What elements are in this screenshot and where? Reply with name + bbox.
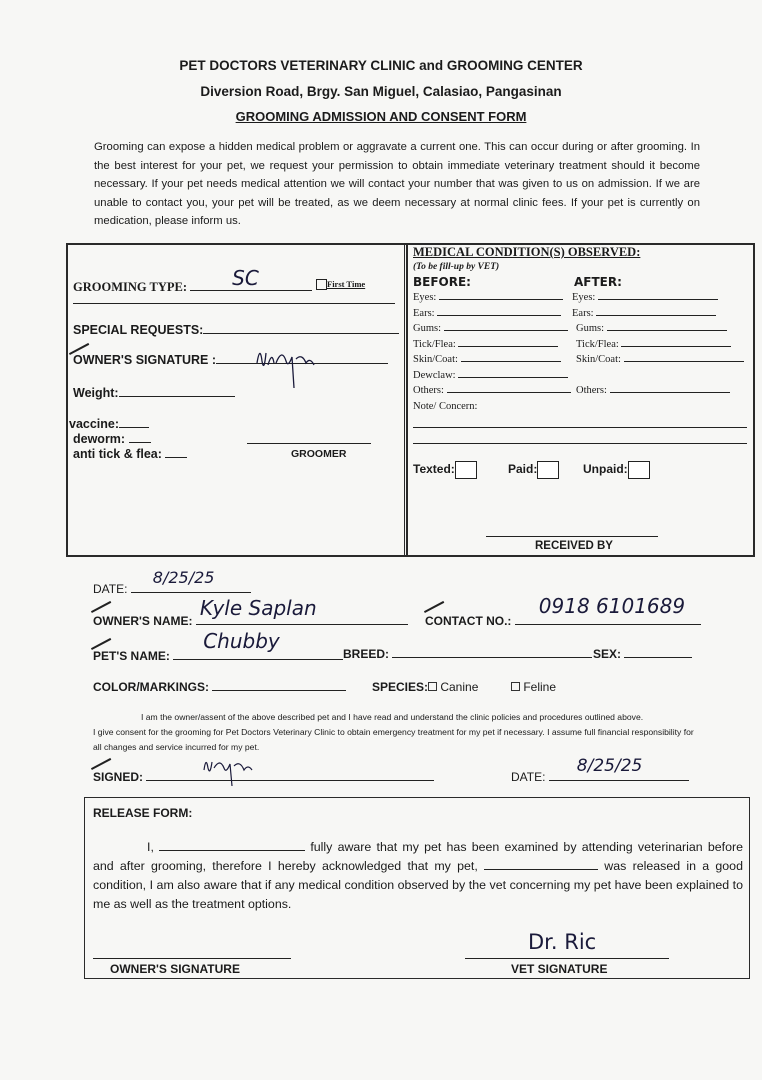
anti-tick-field[interactable]: anti tick & flea: <box>73 447 187 461</box>
breed-field[interactable]: BREED: <box>343 647 592 661</box>
medical-before-label: Others: <box>413 385 444 396</box>
owner-name-field[interactable]: OWNER'S NAME: Kyle Saplan <box>93 612 408 628</box>
consent-line-1: I am the owner/assent of the above descr… <box>93 710 703 725</box>
consent-paragraph: I am the owner/assent of the above descr… <box>93 710 703 755</box>
vet-signature-value: Dr. Ric <box>528 930 596 954</box>
release-owner-name-blank[interactable] <box>159 850 305 851</box>
vet-signature-label: VET SIGNATURE <box>511 962 607 976</box>
release-owner-signature-line[interactable] <box>93 958 291 959</box>
contact-label: CONTACT NO.: <box>425 614 511 628</box>
owner-name-label: OWNER'S NAME: <box>93 614 193 628</box>
color-markings-field[interactable]: COLOR/MARKINGS: <box>93 680 346 694</box>
anti-tick-label: anti tick & flea: <box>73 447 162 461</box>
deworm-field[interactable]: deworm: <box>73 432 151 446</box>
medical-before-label: Ears: <box>413 308 435 319</box>
date-value: 8/25/25 <box>153 568 215 587</box>
received-by-line[interactable] <box>486 536 658 537</box>
medical-before-field[interactable]: Skin/Coat: <box>413 354 561 365</box>
intro-paragraph: Grooming can expose a hidden medical pro… <box>94 138 700 231</box>
checkbox-icon <box>628 461 650 479</box>
canine-label: Canine <box>440 680 478 694</box>
signed-label: SIGNED: <box>93 770 143 784</box>
special-requests-label: SPECIAL REQUESTS: <box>73 323 203 337</box>
color-markings-label: COLOR/MARKINGS: <box>93 680 209 694</box>
medical-before-label: Eyes: <box>413 292 436 303</box>
unpaid-label: Unpaid: <box>583 462 628 476</box>
vaccine-label: vaccine: <box>69 417 119 431</box>
contact-value: 0918 6101689 <box>539 594 685 618</box>
medical-after-label: Ears: <box>572 308 594 319</box>
consent-date-label: DATE: <box>511 770 545 784</box>
paid-checkbox[interactable]: Paid: <box>508 461 559 479</box>
medical-after-label: Eyes: <box>572 292 595 303</box>
owner-signature-field[interactable]: OWNER'S SIGNATURE : <box>73 353 388 367</box>
special-requests-field[interactable]: SPECIAL REQUESTS: <box>73 323 399 337</box>
groomer-label: GROOMER <box>291 448 346 460</box>
paid-label: Paid: <box>508 462 537 476</box>
medical-after-label: Tick/Flea: <box>576 339 619 350</box>
before-label: BEFORE: <box>413 275 471 289</box>
checkbox-icon <box>428 682 437 691</box>
deworm-label: deworm: <box>73 432 125 446</box>
release-text-c: was released in a <box>604 859 709 873</box>
medical-before-field[interactable]: Ears: <box>413 308 561 319</box>
check-mark-icon <box>91 601 111 613</box>
medical-before-label: Dewclaw: <box>413 370 456 381</box>
signature-scribble <box>252 343 322 393</box>
after-label: AFTER: <box>574 275 622 289</box>
form-title: GROOMING ADMISSION AND CONSENT FORM <box>0 109 762 124</box>
note-line-2[interactable] <box>413 443 747 444</box>
medical-before-field[interactable]: Dewclaw: <box>413 370 568 381</box>
grooming-type-label: GROOMING TYPE: <box>73 280 187 294</box>
weight-field[interactable]: Weight: <box>73 386 235 400</box>
date-label: DATE: <box>93 582 127 596</box>
medical-after-field[interactable]: Others: <box>576 385 730 396</box>
grooming-type-value: SC <box>232 266 259 290</box>
groomer-signature-line[interactable] <box>247 443 371 444</box>
vaccine-field[interactable]: vaccine: <box>69 417 149 431</box>
texted-label: Texted: <box>413 462 455 476</box>
checkbox-icon <box>455 461 477 479</box>
signature-scribble <box>200 754 260 788</box>
medical-after-field[interactable]: Skin/Coat: <box>576 354 744 365</box>
pet-name-value: Chubby <box>203 629 280 653</box>
medical-before-field[interactable]: Tick/Flea: <box>413 339 558 350</box>
consent-date-field[interactable]: DATE: 8/25/25 <box>511 768 689 784</box>
consent-date-value: 8/25/25 <box>577 756 643 776</box>
unpaid-checkbox[interactable]: Unpaid: <box>583 461 650 479</box>
note-line-1[interactable] <box>413 427 747 428</box>
medical-after-field[interactable]: Ears: <box>572 308 716 319</box>
feline-label: Feline <box>523 680 556 694</box>
medical-after-field[interactable]: Eyes: <box>572 292 718 303</box>
first-time-checkbox[interactable]: First Time <box>316 279 365 290</box>
medical-title: MEDICAL CONDITION(S) OBSERVED: <box>413 245 640 260</box>
check-mark-icon <box>424 601 444 613</box>
owner-name-value: Kyle Saplan <box>200 596 317 620</box>
medical-subtitle: (To be fill-up by VET) <box>413 262 499 272</box>
release-owner-signature-label: OWNER'S SIGNATURE <box>110 962 240 976</box>
checkbox-icon <box>537 461 559 479</box>
medical-before-field[interactable]: Eyes: <box>413 292 563 303</box>
checkbox-icon <box>316 279 327 290</box>
medical-before-label: Tick/Flea: <box>413 339 456 350</box>
note-concern-label: Note/ Concern: <box>413 401 477 412</box>
contact-field[interactable]: CONTACT NO.: 0918 6101689 <box>425 612 701 628</box>
vet-signature-line[interactable] <box>465 958 669 959</box>
grooming-extra-line <box>73 303 395 304</box>
medical-before-label: Gums: <box>413 323 441 334</box>
medical-after-label: Others: <box>576 385 607 396</box>
release-text-a: fully aware that my pet has been examine… <box>310 840 702 854</box>
release-title: RELEASE FORM: <box>93 806 192 820</box>
release-i: I, <box>93 840 154 854</box>
species-feline-checkbox[interactable]: Feline <box>511 680 556 694</box>
first-time-label: First Time <box>327 279 365 289</box>
pet-name-label: PET'S NAME: <box>93 649 170 663</box>
species-label: SPECIES: <box>372 680 428 694</box>
medical-box <box>404 243 755 557</box>
sex-label: SEX: <box>593 647 621 661</box>
owner-signature-label: OWNER'S SIGNATURE : <box>73 353 216 367</box>
grooming-type-field[interactable]: GROOMING TYPE: SC <box>73 276 312 295</box>
medical-after-field[interactable]: Gums: <box>576 323 727 334</box>
weight-label: Weight: <box>73 386 119 400</box>
release-paragraph: I, fully aware that my pet has been exam… <box>93 838 743 914</box>
signed-field[interactable]: SIGNED: <box>93 768 434 784</box>
received-by-label: RECEIVED BY <box>535 540 613 552</box>
sex-field[interactable]: SEX: <box>593 647 692 661</box>
pet-name-field[interactable]: PET'S NAME: Chubby <box>93 647 343 663</box>
medical-after-field[interactable]: Tick/Flea: <box>576 339 731 350</box>
consent-rest: I give consent for the grooming for Pet … <box>93 725 703 755</box>
release-pet-name-blank[interactable] <box>484 869 598 870</box>
date-field[interactable]: DATE: 8/25/25 <box>93 580 251 596</box>
medical-after-label: Gums: <box>576 323 604 334</box>
clinic-address: Diversion Road, Brgy. San Miguel, Calasi… <box>0 84 762 99</box>
breed-label: BREED: <box>343 647 389 661</box>
species-canine-checkbox[interactable]: Canine <box>428 680 478 694</box>
checkbox-icon <box>511 682 520 691</box>
medical-before-label: Skin/Coat: <box>413 354 458 365</box>
medical-before-field[interactable]: Others: <box>413 385 571 396</box>
medical-after-label: Skin/Coat: <box>576 354 621 365</box>
clinic-name: PET DOCTORS VETERINARY CLINIC and GROOMI… <box>0 58 762 73</box>
texted-checkbox[interactable]: Texted: <box>413 461 477 479</box>
medical-before-field[interactable]: Gums: <box>413 323 568 334</box>
